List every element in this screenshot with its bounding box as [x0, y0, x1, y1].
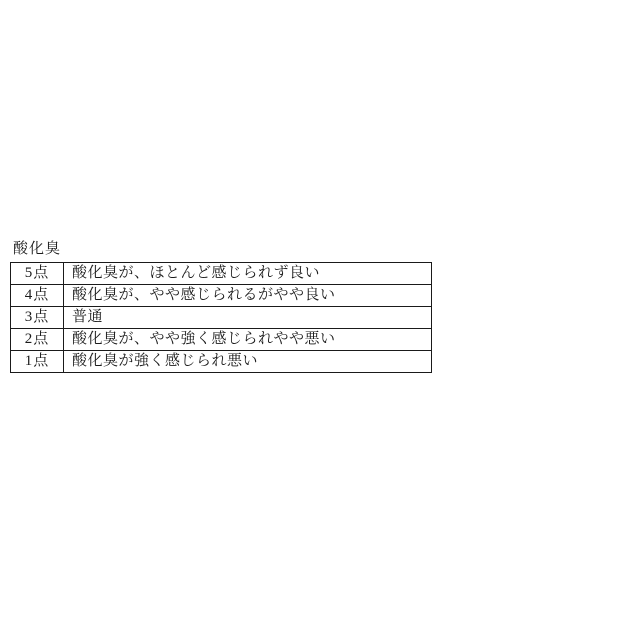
description-cell: 酸化臭が強く感じられ悪い — [64, 351, 432, 373]
score-cell: 1点 — [11, 351, 64, 373]
score-cell: 5点 — [11, 263, 64, 285]
description-cell: 酸化臭が、やや強く感じられやや悪い — [64, 329, 432, 351]
score-cell: 4点 — [11, 285, 64, 307]
description-cell: 酸化臭が、やや感じられるがやや良い — [64, 285, 432, 307]
description-cell: 酸化臭が、ほとんど感じられず良い — [64, 263, 432, 285]
section-title: 酸化臭 — [13, 240, 61, 259]
table-row: 2点 酸化臭が、やや強く感じられやや悪い — [11, 329, 432, 351]
table-row: 5点 酸化臭が、ほとんど感じられず良い — [11, 263, 432, 285]
description-cell: 普通 — [64, 307, 432, 329]
document-page: 酸化臭 5点 酸化臭が、ほとんど感じられず良い 4点 酸化臭が、やや感じられるが… — [0, 0, 640, 640]
score-cell: 2点 — [11, 329, 64, 351]
table-row: 4点 酸化臭が、やや感じられるがやや良い — [11, 285, 432, 307]
table-row: 3点 普通 — [11, 307, 432, 329]
rating-table-body: 5点 酸化臭が、ほとんど感じられず良い 4点 酸化臭が、やや感じられるがやや良い… — [11, 263, 432, 373]
score-cell: 3点 — [11, 307, 64, 329]
rating-scale-table: 5点 酸化臭が、ほとんど感じられず良い 4点 酸化臭が、やや感じられるがやや良い… — [10, 262, 432, 373]
table-row: 1点 酸化臭が強く感じられ悪い — [11, 351, 432, 373]
